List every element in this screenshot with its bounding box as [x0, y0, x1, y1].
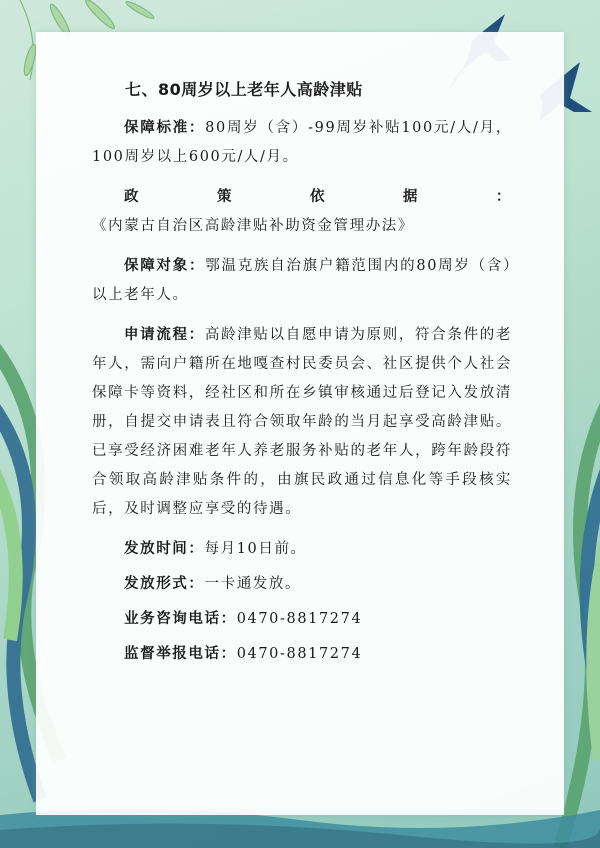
text-process: 高龄津贴以自愿申请为原则，符合条件的老年人，需向户籍所在地嘎查村民委员会、社区提…	[92, 327, 512, 517]
text-policy: 《内蒙古自治区高龄津贴补助资金管理办法》	[92, 218, 414, 234]
document-content: 七、80周岁以上老年人高龄津贴 保障标准：80周岁（含）-99周岁补贴100元/…	[92, 78, 512, 675]
wave-ribbons-right-icon	[560, 380, 600, 848]
paragraph-time: 发放时间：每月10日前。	[92, 535, 512, 564]
text-form: 一卡通发放。	[205, 576, 302, 592]
label-target: 保障对象：	[124, 258, 205, 274]
paragraph-standard: 保障标准：80周岁（含）-99周岁补贴100元/人/月，100周岁以上600元/…	[92, 114, 512, 172]
paragraph-consult-phone: 业务咨询电话：0470-8817274	[92, 605, 512, 634]
text-time: 每月10日前。	[205, 541, 307, 557]
label-form: 发放形式：	[124, 576, 205, 592]
label-report-phone: 监督举报电话：	[124, 646, 237, 662]
paragraph-target: 保障对象：鄂温克族自治旗户籍范围内的80周岁（含）以上老年人。	[92, 252, 512, 310]
label-standard: 保障标准：	[124, 120, 205, 136]
paragraph-report-phone: 监督举报电话：0470-8817274	[92, 640, 512, 669]
paragraph-policy: 政策依据：《内蒙古自治区高龄津贴补助资金管理办法》	[92, 183, 512, 241]
report-phone-number: 0470-8817274	[237, 646, 363, 662]
label-policy: 政策依据：	[124, 189, 512, 205]
consult-phone-number: 0470-8817274	[237, 611, 363, 627]
section-title: 七、80周岁以上老年人高龄津贴	[92, 78, 512, 102]
label-process: 申请流程：	[124, 327, 205, 343]
paragraph-form: 发放形式：一卡通发放。	[92, 570, 512, 599]
label-time: 发放时间：	[124, 541, 205, 557]
label-consult-phone: 业务咨询电话：	[124, 611, 237, 627]
paragraph-process: 申请流程：高龄津贴以自愿申请为原则，符合条件的老年人，需向户籍所在地嘎查村民委员…	[92, 321, 512, 524]
